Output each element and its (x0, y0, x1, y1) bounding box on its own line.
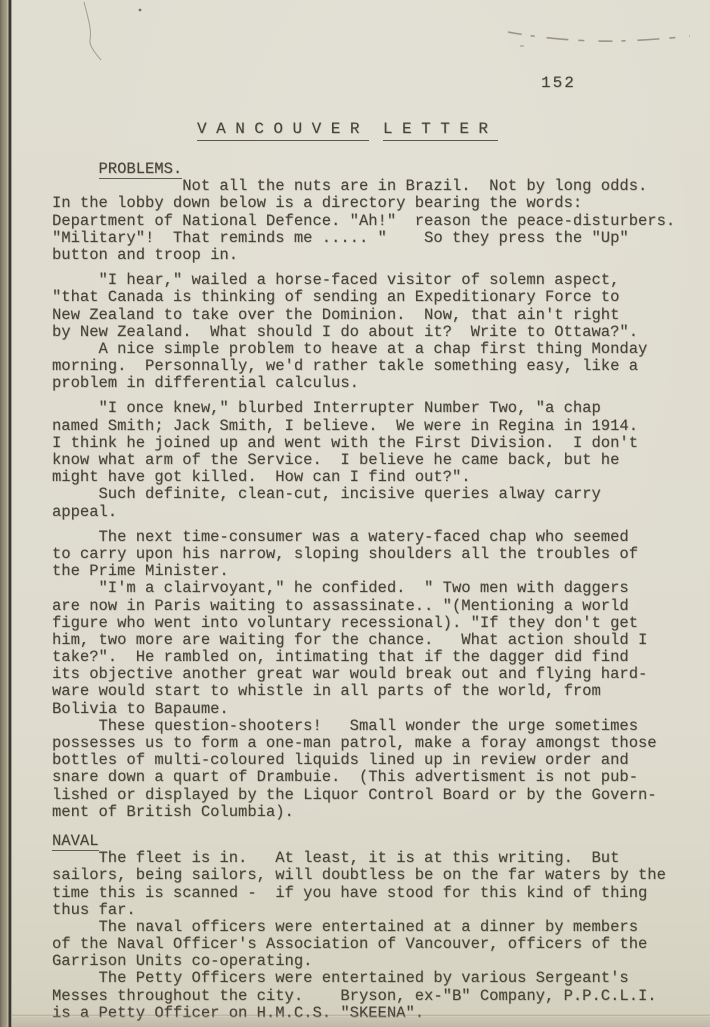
text-line: Such definite, clean-cut, incisive queri… (52, 486, 700, 503)
text-line: "Military"! That reminds me ..... " So t… (52, 230, 700, 247)
text-line: might have got killed. How can I find ou… (52, 469, 700, 486)
scan-edge-left (0, 0, 12, 1027)
paragraph: The next time-consumer was a watery-face… (52, 529, 700, 821)
text-line: to carry upon his narrow, sloping should… (52, 546, 700, 563)
page-number: 152 (541, 74, 576, 92)
text-line: thus far. (52, 902, 700, 919)
text-line: Bolivia to Bapaume. (52, 701, 700, 718)
text-line: morning. Personnally, we'd rather takle … (52, 358, 700, 375)
section-naval: NAVAL The fleet is in. At least, it is a… (52, 833, 700, 1022)
bottom-edge-shade (12, 1017, 710, 1027)
pencil-mark (508, 32, 690, 41)
document-body: PROBLEMS. Not all the nuts are in Brazil… (52, 161, 700, 1022)
title-word-1: VANCOUVER (197, 120, 369, 141)
text-line: These question-shooters! Small wonder th… (52, 718, 700, 735)
title-word-2: LETTER (383, 120, 498, 141)
section-heading-naval: NAVAL (52, 833, 700, 850)
paragraph: The naval officers were entertained at a… (52, 919, 700, 971)
text-line: take?". He rambled on, intimating that i… (52, 649, 700, 666)
text-line: ware would start to whistle in all parts… (52, 683, 700, 700)
text-line: Not all the nuts are in Brazil. Not by l… (52, 178, 700, 195)
text-line: bottles of multi-coloured liquids lined … (52, 752, 700, 769)
text-line: possesses us to form a one-man patrol, m… (52, 735, 700, 752)
text-line: A nice simple problem to heave at a chap… (52, 341, 700, 358)
text-line: him, two more are waiting for the chance… (52, 632, 700, 649)
section-problems: PROBLEMS. Not all the nuts are in Brazil… (52, 161, 700, 821)
text-line: named Smith; Jack Smith, I believe. We w… (52, 418, 700, 435)
text-line: Garrison Units co-operating. (52, 953, 700, 970)
text-line: The Petty Officers were entertained by v… (52, 970, 700, 987)
text-line: Messes throughout the city. Bryson, ex-"… (52, 988, 700, 1005)
text-line: I think he joined up and went with the F… (52, 435, 700, 452)
text-line: ment of British Columbia). (52, 804, 700, 821)
paragraph: The fleet is in. At least, it is at this… (52, 850, 700, 919)
text-line: by New Zealand. What should I do about i… (52, 324, 700, 341)
text-line: its objective another great war would br… (52, 666, 700, 683)
text-line: The fleet is in. At least, it is at this… (52, 850, 700, 867)
text-line: are now in Paris waiting to assassinate.… (52, 598, 700, 615)
text-line: of the Naval Officer's Association of Va… (52, 936, 700, 953)
text-line: sailors, being sailors, will doubtless b… (52, 867, 700, 884)
paragraph: Not all the nuts are in Brazil. Not by l… (52, 178, 700, 264)
text-line: button and troop in. (52, 247, 700, 264)
text-line: In the lobby down below is a directory b… (52, 195, 700, 212)
text-line: the Prime Minister. (52, 563, 700, 580)
text-line: problem in differential calculus. (52, 375, 700, 392)
text-line: snare down a quart of Drambuie. (This ad… (52, 769, 700, 786)
text-line: time this is scanned - if you have stood… (52, 885, 700, 902)
text-line: "I hear," wailed a horse-faced visitor o… (52, 272, 700, 289)
paper-speck (139, 9, 142, 12)
text-line: The naval officers were entertained at a… (52, 919, 700, 936)
section-heading-problems: PROBLEMS. (52, 161, 700, 178)
text-line: "I once knew," blurbed Interrupter Numbe… (52, 400, 700, 417)
text-line: "I'm a clairvoyant," he confided. " Two … (52, 580, 700, 597)
paragraph: "I hear," wailed a horse-faced visitor o… (52, 272, 700, 392)
document-title: VANCOUVERLETTER (197, 120, 498, 141)
document-page: 152 VANCOUVERLETTER PROBLEMS. Not all th… (0, 0, 710, 1027)
paragraph: "I once knew," blurbed Interrupter Numbe… (52, 400, 700, 520)
text-line: appeal. (52, 504, 700, 521)
text-line: "that Canada is thinking of sending an E… (52, 289, 700, 306)
text-line: Department of National Defence. "Ah!" re… (52, 213, 700, 230)
text-line: figure who went into voluntary recession… (52, 615, 700, 632)
text-line: know what arm of the Service. I believe … (52, 452, 700, 469)
crease-mark (84, 2, 101, 60)
text-line: The next time-consumer was a watery-face… (52, 529, 700, 546)
text-line: lished or displayed by the Liquor Contro… (52, 787, 700, 804)
text-line: New Zealand to take over the Dominion. N… (52, 307, 700, 324)
